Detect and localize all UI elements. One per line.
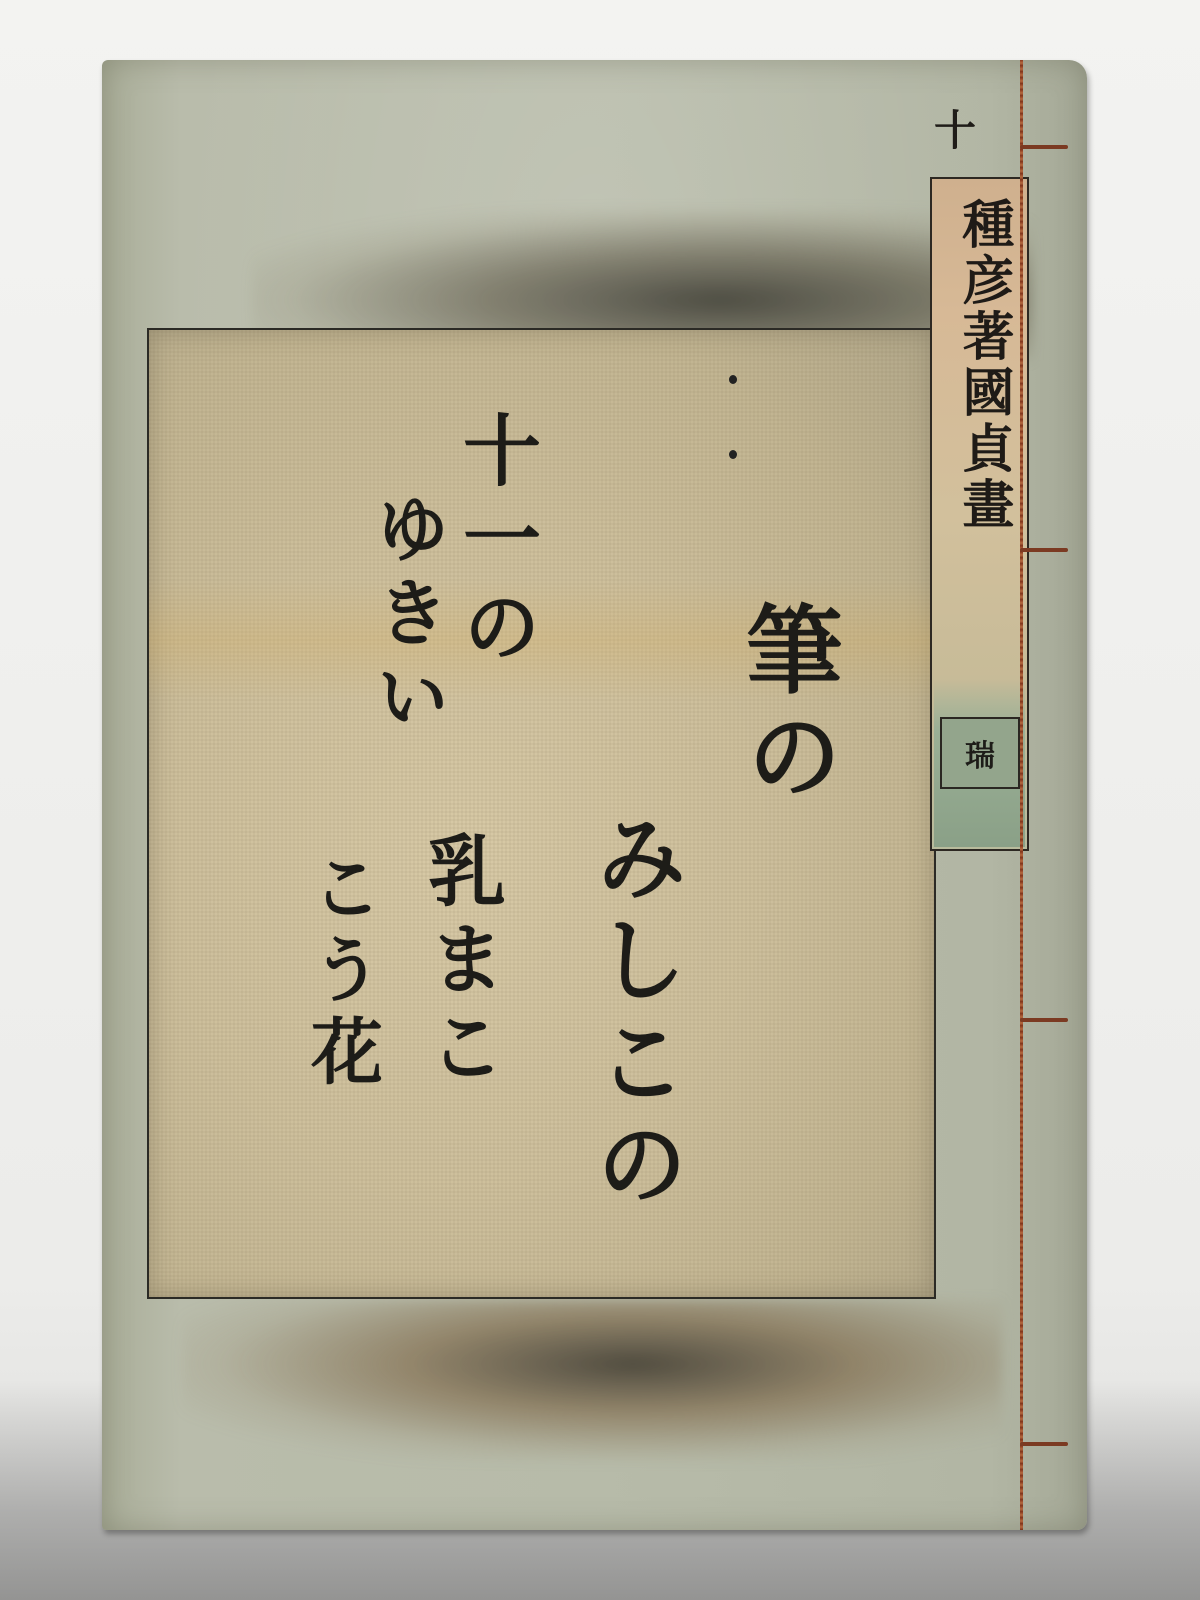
binding-stitch [1020, 1018, 1068, 1022]
calligraphy-column: みしこの [569, 810, 701, 1218]
dot-marks [729, 375, 737, 525]
dark-stain-bottom [182, 1300, 1002, 1460]
book-cover: 十 十一の ゆきい 筆の みしこの 乳まこ こう花 種彦著國貞畫 瑞 [102, 60, 1087, 1530]
author-illustrator-label: 種彦著國貞畫 [946, 197, 1021, 533]
seal-stamp-icon: 瑞 [940, 717, 1020, 789]
title-panel: 十一の ゆきい 筆の みしこの 乳まこ こう花 [147, 328, 936, 1299]
calligraphy-column: こう花 [289, 850, 393, 1096]
binding-stitch [1020, 1442, 1068, 1446]
binding-stitch [1020, 145, 1068, 149]
dot-mark [729, 375, 737, 384]
calligraphy-column: ゆきい [354, 490, 460, 742]
title-label-slip: 種彦著國貞畫 瑞 [930, 177, 1029, 851]
binding-stitch [1020, 548, 1068, 552]
binding-thread [1020, 60, 1023, 1530]
calligraphy-column: 乳まこ [404, 830, 516, 1094]
dot-mark [729, 450, 737, 459]
calligraphy-column: 筆の [719, 600, 856, 812]
volume-mark: 十 [934, 98, 976, 158]
